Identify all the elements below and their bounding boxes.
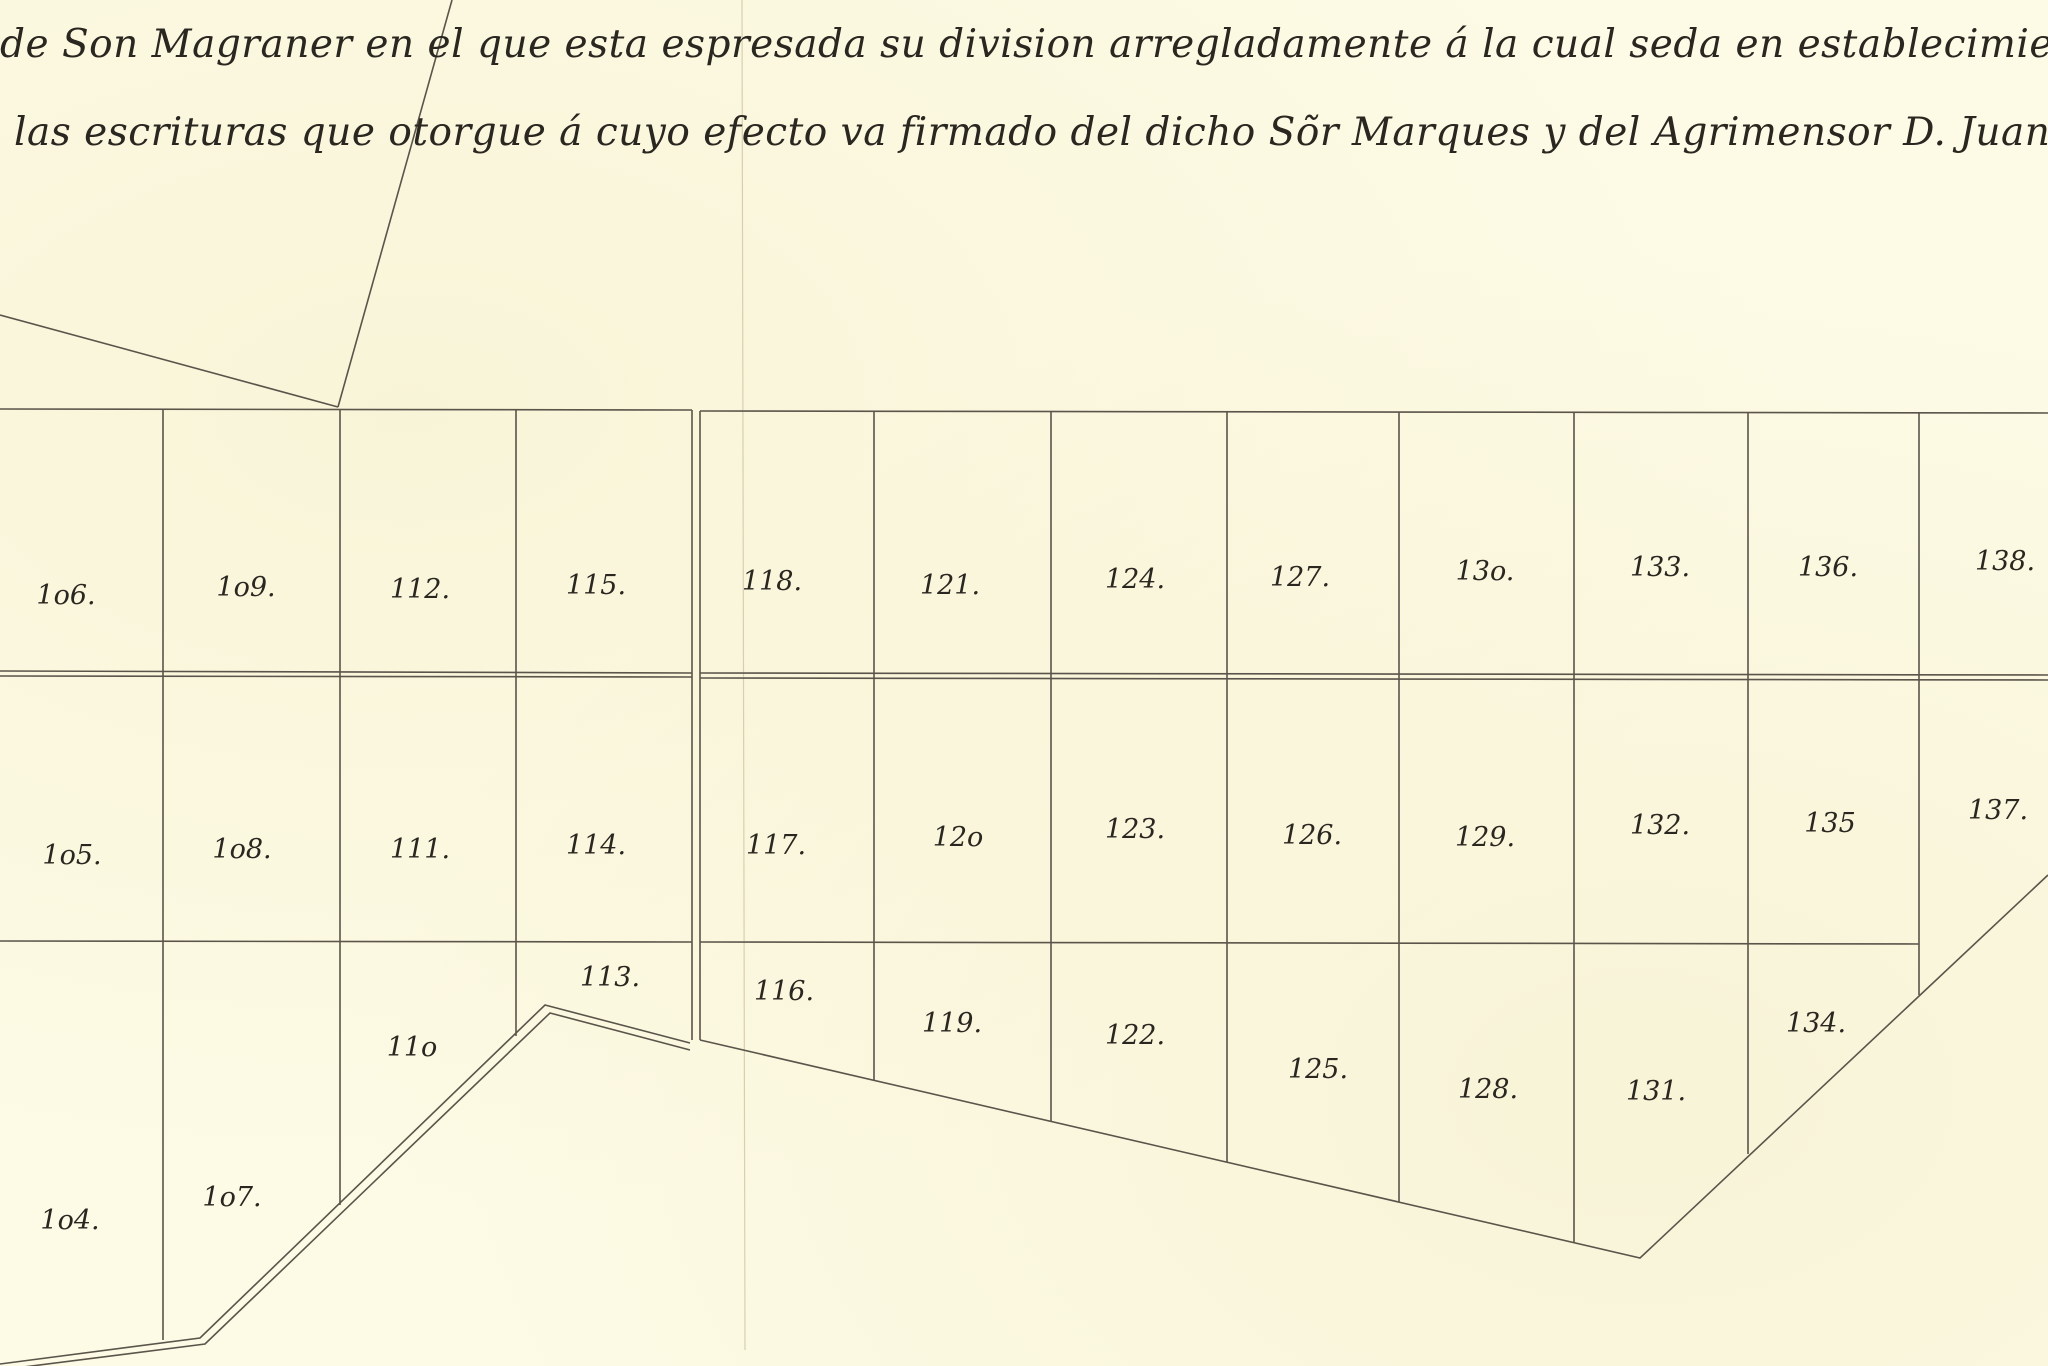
lot-132: 132.: [1630, 810, 1690, 841]
lot-128: 128.: [1458, 1074, 1518, 1105]
lot-137: 137.: [1968, 795, 2028, 826]
lot-108: 1o8.: [212, 834, 271, 865]
lot-124: 124.: [1105, 564, 1165, 595]
lot-129: 129.: [1455, 822, 1515, 853]
lot-134: 134.: [1786, 1008, 1846, 1039]
lot-104: 1o4.: [40, 1205, 99, 1236]
lot-115: 115.: [566, 570, 626, 601]
lot-123: 123.: [1105, 814, 1165, 845]
lot-131: 131.: [1626, 1076, 1686, 1107]
lot-110: 11o: [387, 1032, 438, 1063]
fold-line: [742, 0, 745, 1350]
lot-116: 116.: [754, 976, 814, 1007]
lot-107: 1o7.: [202, 1182, 261, 1213]
lot-119: 119.: [922, 1008, 982, 1039]
lot-106: 1o6.: [36, 580, 95, 611]
header-line-2: las escrituras que otorgue á cuyo efecto…: [14, 110, 2048, 155]
bottom-boundary-line: [700, 875, 2048, 1258]
lot-126: 126.: [1282, 820, 1342, 851]
lot-127: 127.: [1270, 562, 1330, 593]
plot-grid: [0, 0, 2048, 1366]
lot-112: 112.: [390, 574, 450, 605]
lot-125: 125.: [1288, 1054, 1348, 1085]
lot-122: 122.: [1105, 1020, 1165, 1051]
lot-113: 113.: [580, 962, 640, 993]
lot-105: 1o5.: [42, 840, 101, 871]
header-line-1: de Son Magraner en el que esta espresada…: [0, 22, 2048, 67]
lot-133: 133.: [1630, 552, 1690, 583]
lot-135: 135: [1804, 808, 1856, 839]
road-line-upper: [0, 1005, 690, 1364]
lot-111: 111.: [390, 834, 450, 865]
lot-130: 13o.: [1456, 556, 1515, 587]
lot-138: 138.: [1975, 546, 2035, 577]
lot-120: 12o: [933, 822, 984, 853]
upper-boundary-line: [0, 315, 338, 407]
lot-117: 117.: [746, 830, 806, 861]
lot-114: 114.: [566, 830, 626, 861]
lot-118: 118.: [742, 566, 802, 597]
road-line-lower: [0, 1013, 690, 1366]
lot-121: 121.: [920, 570, 980, 601]
lot-136: 136.: [1798, 552, 1858, 583]
lot-109: 1o9.: [216, 572, 275, 603]
